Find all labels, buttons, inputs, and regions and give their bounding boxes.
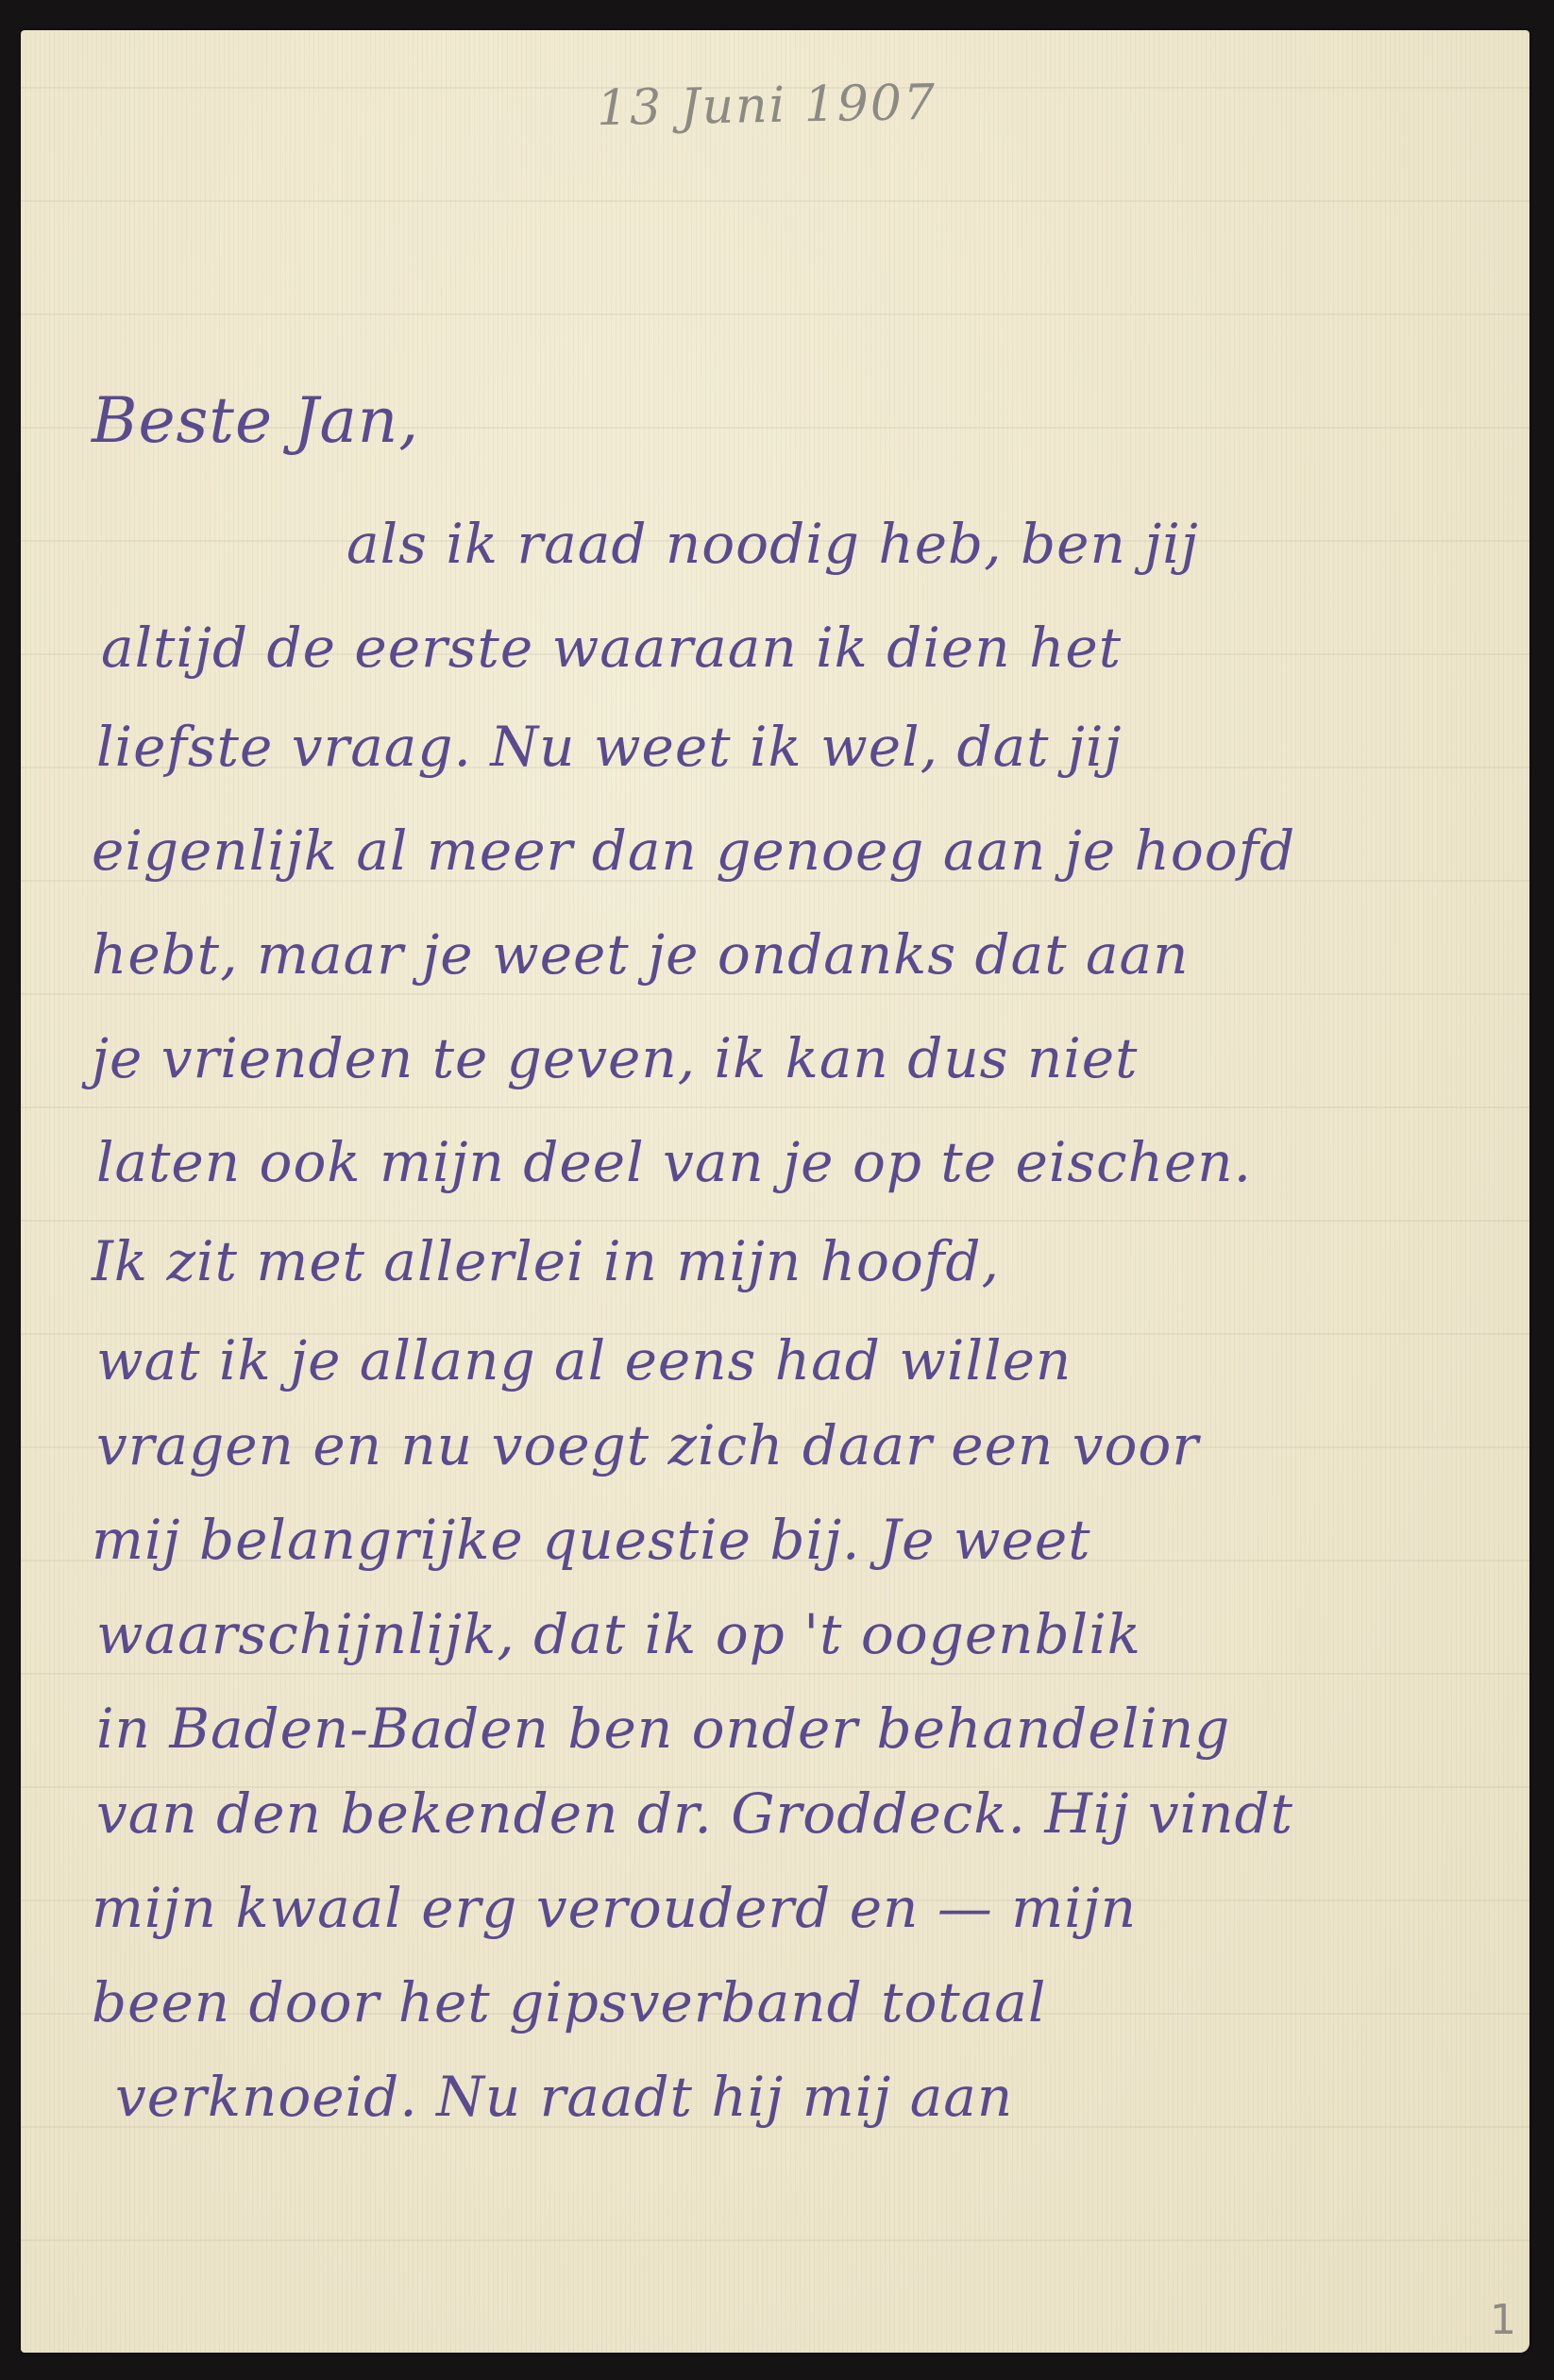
letter-line: van den bekenden dr. Groddeck. Hij vindt	[96, 1781, 1293, 1846]
letter-line: vragen en nu voegt zich daar een voor	[96, 1413, 1199, 1477]
letter-line: altijd de eerste waaraan ik dien het	[101, 616, 1122, 680]
letter-line: verknoeid. Nu raadt hij mij aan	[115, 2065, 1013, 2129]
letter-line: wat ik je allang al eens had willen	[96, 1328, 1072, 1393]
salutation: Beste Jan,	[92, 384, 419, 457]
letter-line: liefste vraag. Nu weet ik wel, dat jij	[96, 715, 1122, 779]
letter-line: als ik raad noodig heb, ben jij	[346, 512, 1199, 576]
letter-line: Ik zit met allerlei in mijn hoofd,	[92, 1229, 1000, 1293]
letter-line: mijn kwaal erg verouderd en — mijn	[92, 1876, 1137, 1940]
letter-line: je vrienden te geven, ik kan dus niet	[92, 1026, 1138, 1090]
letter-paper: 13 Juni 1907 Beste Jan, als ik raad nood…	[21, 30, 1529, 2353]
letter-line: been door het gipsverband totaal	[92, 1970, 1046, 2034]
letter-line: in Baden-Baden ben onder behandeling	[96, 1696, 1230, 1761]
letter-line: mij belangrijke questie bij. Je weet	[92, 1508, 1091, 1572]
scanned-document: 13 Juni 1907 Beste Jan, als ik raad nood…	[0, 0, 1554, 2380]
letter-line: laten ook mijn deel van je op te eischen…	[96, 1130, 1252, 1194]
date-annotation: 13 Juni 1907	[597, 75, 937, 137]
letter-line: eigenlijk al meer dan genoeg aan je hoof…	[92, 819, 1295, 883]
page-number: 1	[1490, 2296, 1516, 2344]
letter-line: waarschijnlijk, dat ik op 't oogenblik	[96, 1602, 1141, 1666]
letter-line: hebt, maar je weet je ondanks dat aan	[92, 922, 1189, 987]
